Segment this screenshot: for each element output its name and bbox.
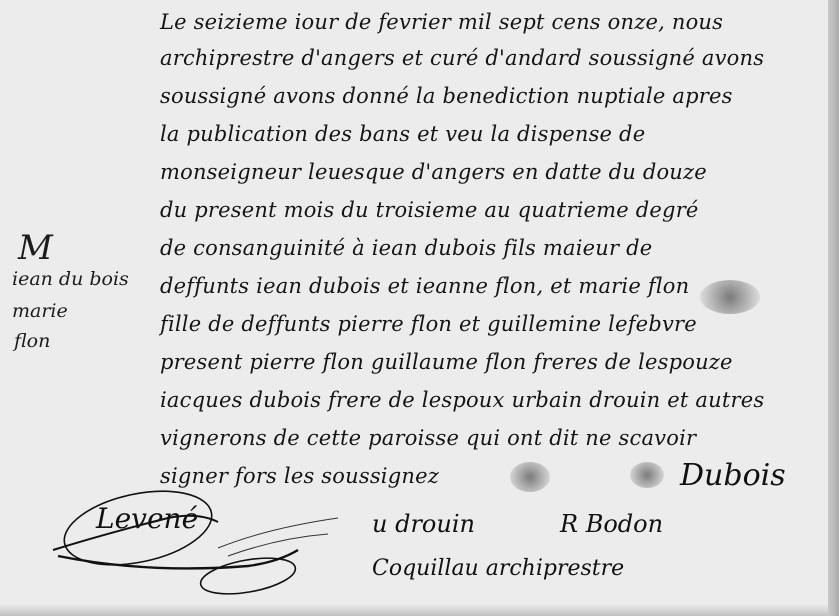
- binding-edge: [828, 0, 839, 616]
- margin-bride-first-name: marie: [12, 300, 68, 322]
- signature-priest: Levené: [96, 502, 198, 535]
- body-line-7: de consanguinité à iean dubois fils maie…: [160, 236, 652, 260]
- signature-flourish-icon: [48, 478, 348, 596]
- body-line-10: present pierre flon guillaume flon frere…: [160, 350, 733, 374]
- signature-dubois: Dubois: [680, 458, 786, 493]
- body-line-12: vignerons de cette paroisse qui ont dit …: [160, 426, 696, 450]
- body-line-5: monseigneur leuesque d'angers en datte d…: [160, 160, 707, 184]
- body-line-6: du present mois du troisieme au quatriem…: [160, 198, 699, 222]
- body-line-2: archiprestre d'angers et curé d'andard s…: [160, 46, 764, 70]
- margin-bride-surname: flon: [14, 330, 50, 352]
- signature-bodon: R Bodon: [560, 510, 663, 538]
- page-bottom-shadow: [0, 604, 828, 616]
- signature-drouin: u drouin: [372, 510, 475, 538]
- signature-coquillau: Coquillau archiprestre: [372, 556, 624, 581]
- ink-blot: [510, 462, 550, 492]
- register-page: M iean du bois marie flon Le seizieme io…: [0, 0, 828, 616]
- body-line-8: deffunts iean dubois et ieanne flon, et …: [160, 274, 689, 298]
- ink-blot: [630, 462, 664, 488]
- ink-blot: [700, 280, 760, 314]
- margin-groom-name: iean du bois: [12, 268, 129, 290]
- body-line-11: iacques dubois frere de lespoux urbain d…: [160, 388, 764, 412]
- body-line-3: soussigné avons donné la benediction nup…: [160, 84, 733, 108]
- margin-initial: M: [18, 228, 53, 268]
- body-line-1: Le seizieme iour de fevrier mil sept cen…: [160, 10, 723, 34]
- body-line-4: la publication des bans et veu la dispen…: [160, 122, 645, 146]
- body-line-9: fille de deffunts pierre flon et guillem…: [160, 312, 697, 336]
